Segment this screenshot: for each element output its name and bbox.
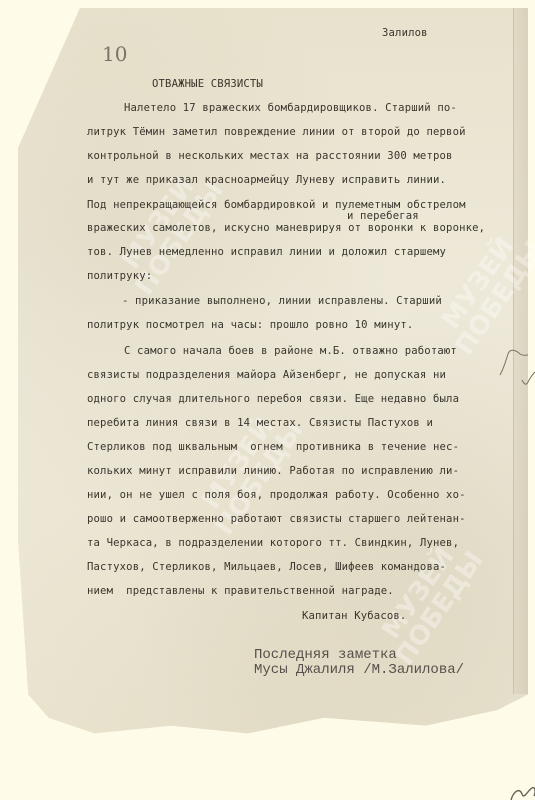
body-line: тов. Лунев немедленно исправил линии и д… (87, 247, 446, 258)
body-line: рошо и самоотверженно работают связисты … (87, 514, 466, 525)
body-line: одного случая длительного перебоя связи.… (87, 394, 459, 405)
body-line: контрольной в нескольких местах на расст… (87, 151, 453, 162)
body-line: политрук посмотрел на часы: прошло ровно… (87, 320, 413, 331)
body-line: перебита линия связи в 14 местах. Связис… (87, 418, 433, 429)
archival-note-line1: Последняя заметка (254, 648, 397, 663)
body-line: С самого начала боев в районе м.Б. отваж… (124, 346, 457, 357)
handwritten-corner-mark (508, 782, 535, 800)
body-line: Стерликов под шквальным огнем противника… (87, 442, 459, 453)
body-line-insertion: и перебегая (347, 211, 419, 222)
body-line: вражеских самолетов, искусно маневрируя … (87, 223, 485, 234)
handwritten-margin-mark (490, 330, 535, 410)
author-header: Залилов (382, 28, 428, 39)
signature: Капитан Кубасов. (302, 611, 406, 622)
body-line: нии, он не ушел с поля боя, продолжая ра… (87, 490, 466, 501)
body-line: - приказание выполнено, линии исправлены… (122, 296, 442, 307)
body-line: кольких минут исправили линию. Работая п… (87, 466, 459, 477)
body-line: та Черкаса, в подразделении которого тт.… (87, 538, 459, 549)
handwritten-page-number: 10 (102, 42, 127, 66)
body-line: нием представлены к правительственной на… (87, 586, 394, 597)
document-viewer: МУЗЕЙ ПОБЕДЫ МУЗЕЙ ПОБЕДЫ МУЗЕЙ ПОБЕДЫ М… (0, 0, 535, 800)
page-title: ОТВАЖНЫЕ СВЯЗИСТЫ (152, 79, 263, 90)
body-line: Пастухов, Стерликов, Мильцаев, Лосев, Ши… (87, 562, 446, 573)
body-line: Под непрекращающейся бомбардировкой и пу… (87, 200, 466, 211)
body-line: политруку: (87, 271, 152, 282)
archival-note-line2: Мусы Джалиля /М.Залилова/ (254, 663, 464, 678)
body-line: связисты подразделения майора Айзенберг,… (87, 370, 446, 381)
body-line: и тут же приказал красноармейцу Луневу и… (87, 175, 446, 186)
body-line: литрук Тёмин заметил повреждение линии о… (87, 127, 466, 138)
body-line: Налетело 17 вражеских бомбардировщиков. … (124, 103, 457, 114)
